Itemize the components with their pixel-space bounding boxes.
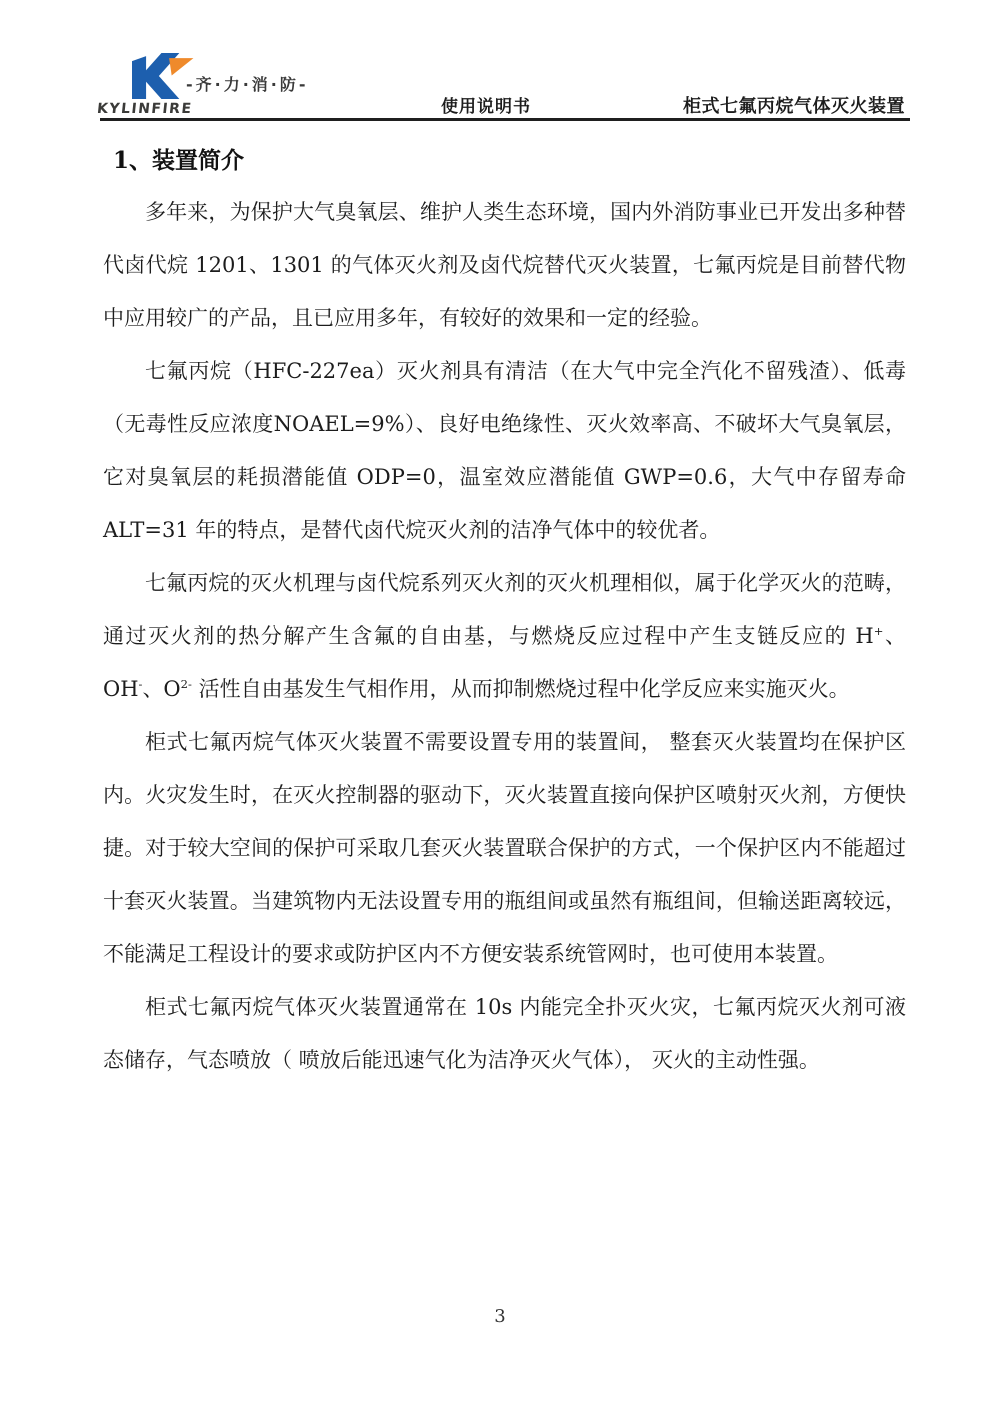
header-doc-title: 柜式七氟丙烷气体灭火装置	[683, 92, 905, 118]
header-doc-type: 使用说明书	[441, 92, 531, 117]
page-number: 3	[0, 1306, 1000, 1327]
paragraph-text: 多年来，为保护大气臭氧层、维护人类生态环境，国内外消防事业已开发出多种替代卤代烷…	[103, 200, 906, 330]
superscript-text: 2-	[181, 677, 192, 691]
section-title: 1、装置简介	[103, 136, 906, 186]
superscript-text: +	[874, 624, 884, 638]
paragraph: 多年来，为保护大气臭氧层、维护人类生态环境，国内外消防事业已开发出多种替代卤代烷…	[103, 186, 906, 345]
paragraph-text: 柜式七氟丙烷气体灭火装置不需要设置专用的装置间， 整套灭火装置均在保护区内。火灾…	[103, 730, 906, 966]
paragraph: 柜式七氟丙烷气体灭火装置通常在 10s 内能完全扑灭火灾，七氟丙烷灭火剂可液态储…	[103, 981, 906, 1087]
paragraph: 七氟丙烷的灭火机理与卤代烷系列灭火剂的灭火机理相似，属于化学灭火的范畴，通过灭火…	[103, 557, 906, 716]
paragraph-text: 柜式七氟丙烷气体灭火装置通常在 10s 内能完全扑灭火灾，七氟丙烷灭火剂可液态储…	[103, 995, 906, 1072]
document-page: KYLINFIRE -齐·力·消·防- 使用说明书 柜式七氟丙烷气体灭火装置 1…	[0, 0, 1000, 1414]
paragraph: 柜式七氟丙烷气体灭火装置不需要设置专用的装置间， 整套灭火装置均在保护区内。火灾…	[103, 716, 906, 981]
paragraph-text: 七氟丙烷的灭火机理与卤代烷系列灭火剂的灭火机理相似，属于化学灭火的范畴，通过灭火…	[103, 571, 906, 648]
paragraph-text: 活性自由基发生气相作用，从而抑制燃烧过程中化学反应来实施灭火。	[192, 677, 850, 701]
brand-slogan: -齐·力·消·防-	[186, 72, 309, 95]
paragraph-text: 、O	[142, 677, 180, 701]
header-divider	[100, 118, 910, 121]
paragraph-text: 七氟丙烷（HFC-227ea）灭火剂具有清洁（在大气中完全汽化不留残渣）、低毒（…	[103, 359, 906, 542]
page-content: 1、装置简介 多年来，为保护大气臭氧层、维护人类生态环境，国内外消防事业已开发出…	[103, 136, 906, 1087]
paragraph: 七氟丙烷（HFC-227ea）灭火剂具有清洁（在大气中完全汽化不留残渣）、低毒（…	[103, 345, 906, 557]
logo-wordmark: KYLINFIRE	[96, 101, 193, 117]
body-paragraphs: 多年来，为保护大气臭氧层、维护人类生态环境，国内外消防事业已开发出多种替代卤代烷…	[103, 186, 906, 1087]
